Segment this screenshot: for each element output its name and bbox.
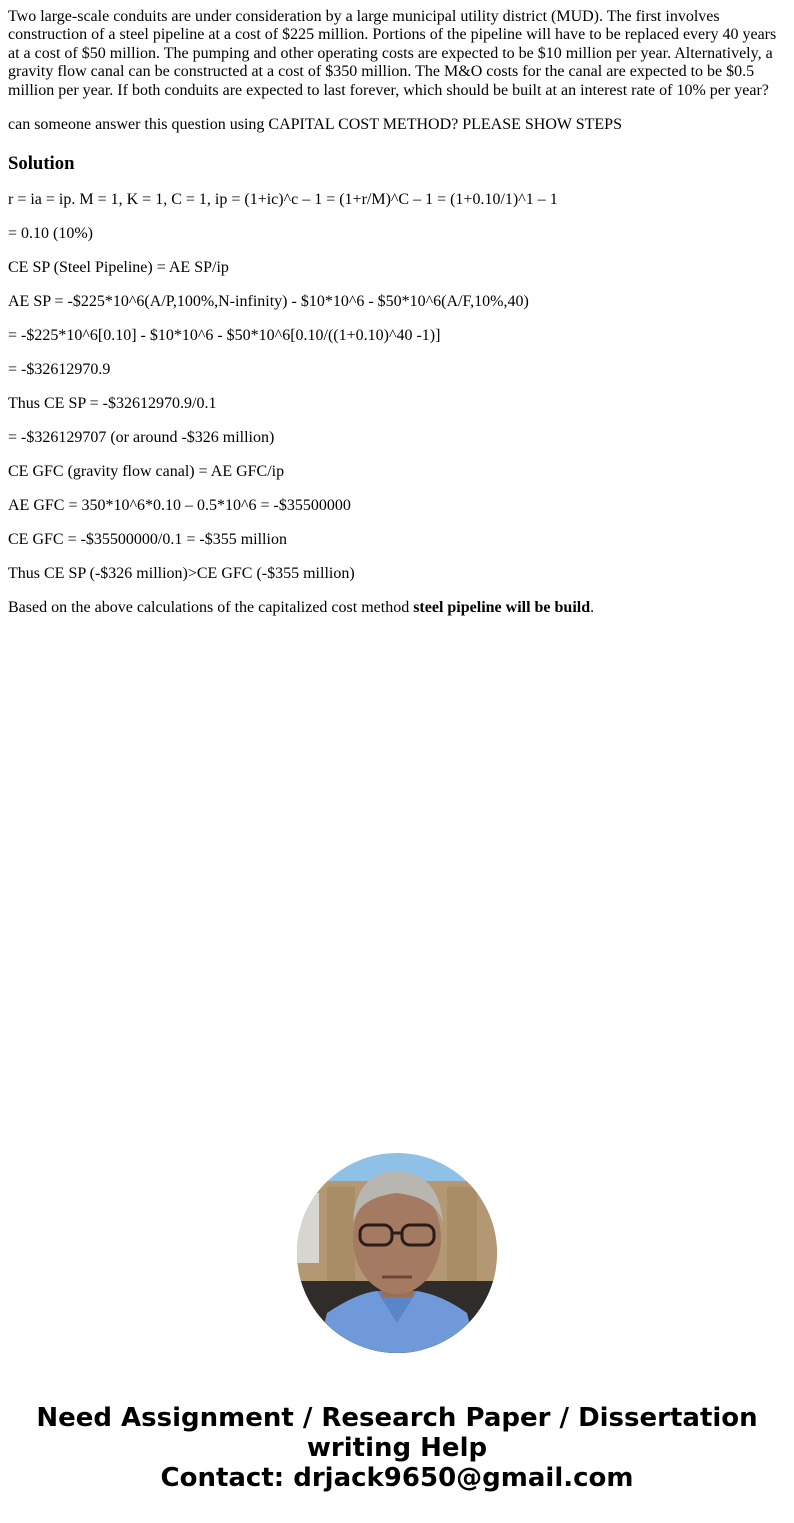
advert-banner: Need Assignment / Research Paper / Disse…	[0, 1403, 794, 1493]
solution-step: = 0.10 (10%)	[8, 225, 786, 259]
solution-steps: r = ia = ip. M = 1, K = 1, C = 1, ip = (…	[8, 191, 786, 633]
solution-step: Thus CE SP = -$32612970.9/0.1	[8, 395, 786, 429]
document-body: Two large-scale conduits are under consi…	[8, 8, 786, 633]
conclusion-suffix: .	[590, 599, 594, 616]
person-photo-icon	[297, 1153, 497, 1353]
advert-line-2: writing Help	[0, 1433, 794, 1463]
solution-step: AE SP = -$225*10^6(A/P,100%,N-infinity) …	[8, 293, 786, 327]
advert-contact: Contact: drjack9650@gmail.com	[0, 1463, 794, 1493]
advert-line-1: Need Assignment / Research Paper / Disse…	[0, 1403, 794, 1433]
solution-step: r = ia = ip. M = 1, K = 1, C = 1, ip = (…	[8, 191, 786, 225]
solution-step: CE SP (Steel Pipeline) = AE SP/ip	[8, 259, 786, 293]
solution-step: CE GFC = -$35500000/0.1 = -$355 million	[8, 531, 786, 565]
solution-step: = -$32612970.9	[8, 361, 786, 395]
solution-step: = -$225*10^6[0.10] - $10*10^6 - $50*10^6…	[8, 327, 786, 361]
question-text: Two large-scale conduits are under consi…	[8, 8, 786, 100]
conclusion-answer: steel pipeline will be build	[413, 599, 590, 616]
question-request: can someone answer this question using C…	[8, 116, 786, 134]
solution-step: CE GFC (gravity flow canal) = AE GFC/ip	[8, 463, 786, 497]
conclusion-prefix: Based on the above calculations of the c…	[8, 599, 413, 616]
avatar	[297, 1153, 497, 1353]
solution-conclusion: Based on the above calculations of the c…	[8, 599, 786, 633]
solution-heading: Solution	[8, 153, 786, 175]
solution-step: AE GFC = 350*10^6*0.10 – 0.5*10^6 = -$35…	[8, 497, 786, 531]
solution-step: = -$326129707 (or around -$326 million)	[8, 429, 786, 463]
solution-step: Thus CE SP (-$326 million)>CE GFC (-$355…	[8, 565, 786, 599]
